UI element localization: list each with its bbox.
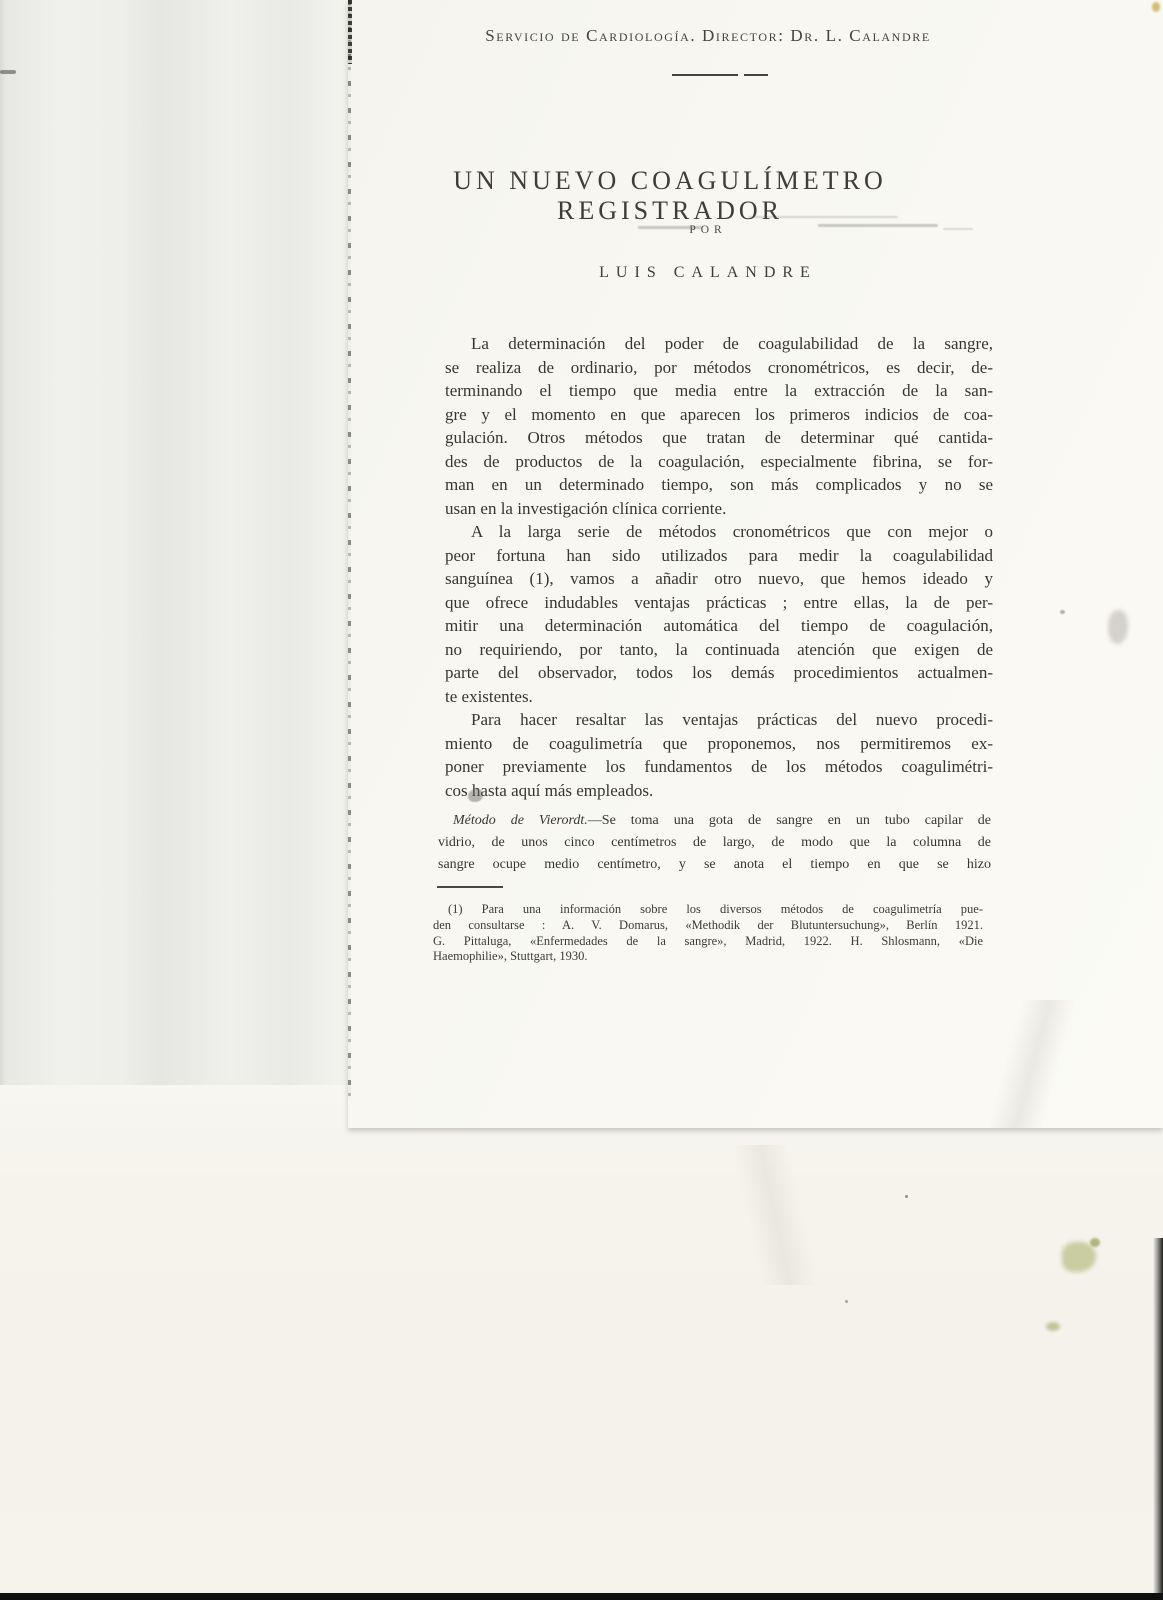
scanner-background-strip — [0, 0, 360, 1140]
body-line: terminando el tiempo que media entre la … — [445, 379, 993, 403]
rule-segment — [744, 74, 768, 76]
rule-segment — [672, 74, 738, 76]
body-text: La determinación del poder de coagulabil… — [445, 332, 993, 802]
body-line: A la larga serie de métodos cronométrico… — [445, 520, 993, 544]
body-line: parte del observador, todos los demás pr… — [445, 661, 993, 685]
scan-edge-shadow — [1153, 1238, 1163, 1593]
author-name: LUIS CALANDRE — [408, 264, 1008, 282]
paper-crease — [560, 1145, 990, 1285]
body-line: La determinación del poder de coagulabil… — [445, 332, 993, 356]
body-line: se realiza de ordinario, por métodos cro… — [445, 356, 993, 380]
footnote-rule — [437, 886, 503, 888]
body-line: cos hasta aquí más empleados. — [445, 779, 993, 803]
body-line: miento de coagulimetría que proponemos, … — [445, 732, 993, 756]
method-line: sangre ocupe medio centímetro, y se anot… — [438, 854, 991, 876]
body-line: peor fortuna han sido utilizados para me… — [445, 544, 993, 568]
method-line: Método de Vierordt.—Se toma una gota de … — [438, 810, 991, 832]
body-line: Para hacer resaltar las ventajas práctic… — [445, 708, 993, 732]
paper-stain — [1046, 1322, 1060, 1331]
body-line: gre y el momento en que aparecen los pri… — [445, 403, 993, 427]
body-line: poner previamente los fundamentos de los… — [445, 755, 993, 779]
body-line: mitir una determinación automática del t… — [445, 614, 993, 638]
article-page: Servicio de Cardiología. Director: Dr. L… — [348, 0, 1163, 1128]
paper-stain — [1152, 2, 1160, 12]
page-torn-edge — [348, 0, 351, 1100]
body-line: que ofrece indudables ventajas prácticas… — [445, 591, 993, 615]
body-line: no requiriendo, por tanto, la continuada… — [445, 638, 993, 662]
method-line: vidrio, de unos cinco centímetros de lar… — [438, 832, 991, 854]
underlying-sheet — [0, 1085, 1163, 1593]
department-header: Servicio de Cardiología. Director: Dr. L… — [408, 26, 1008, 46]
paper-stain — [1090, 1238, 1100, 1247]
body-line: gulación. Otros métodos que tratan de de… — [445, 426, 993, 450]
method-paragraph: Método de Vierordt.—Se toma una gota de … — [438, 810, 991, 876]
paper-speck — [905, 1195, 908, 1198]
paper-crease — [903, 1000, 1163, 1128]
body-line: te existentes. — [445, 685, 993, 709]
body-line: man en un determinado tiempo, son más co… — [445, 473, 993, 497]
byline: POR — [408, 224, 1008, 236]
footnote-line: (1) Para una información sobre los diver… — [433, 902, 983, 918]
body-line: des de productos de la coagulación, espe… — [445, 450, 993, 474]
body-line: sanguínea (1), vamos a añadir otro nuevo… — [445, 567, 993, 591]
footnote-line: den consultarse : A. V. Domarus, «Method… — [433, 918, 983, 934]
paper-speck — [845, 1300, 848, 1303]
paper-speck — [1060, 610, 1065, 614]
scanned-page-canvas: Servicio de Cardiología. Director: Dr. L… — [0, 0, 1163, 1600]
body-line: usan en la investigación clínica corrien… — [445, 497, 993, 521]
scan-artifact-dash — [0, 70, 16, 74]
footnote-line: G. Pittaluga, «Enfermedades de la sangre… — [433, 934, 983, 950]
footnote-line: Haemophilie», Stuttgart, 1930. — [433, 949, 983, 965]
toner-smudge — [748, 216, 898, 218]
footnote: (1) Para una información sobre los diver… — [433, 902, 983, 965]
page-torn-edge-top — [348, 0, 352, 64]
header-rule — [672, 74, 768, 76]
method-line-rest: —Se toma una gota de sangre en un tubo c… — [588, 813, 991, 828]
method-lead: Método de Vierordt. — [453, 813, 588, 828]
